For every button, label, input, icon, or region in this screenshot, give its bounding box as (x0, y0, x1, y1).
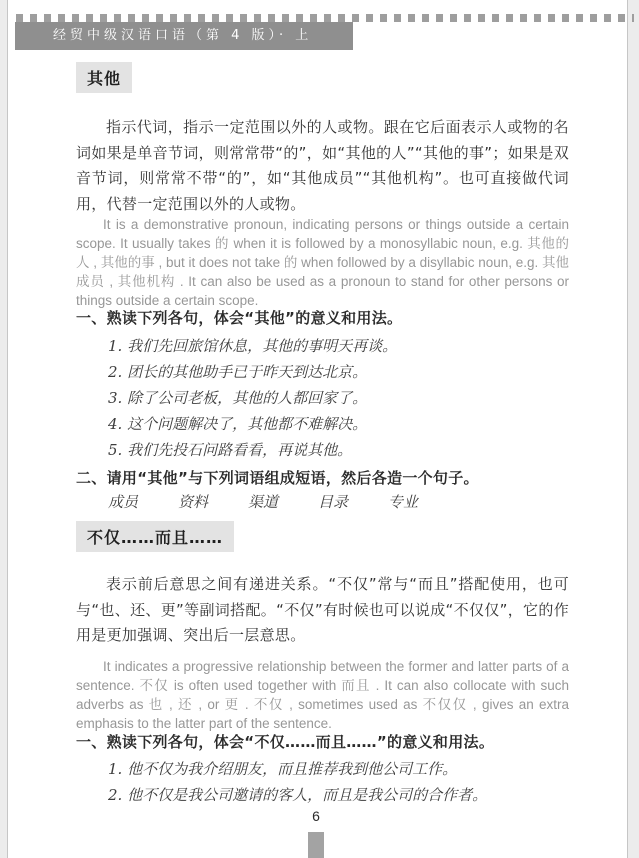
book-title: 经贸中级汉语口语（第 4 版）· 上 (53, 28, 312, 43)
dotted-border-decoration (16, 14, 634, 22)
english-explanation-bujin-erqie: It indicates a progressive relationship … (76, 657, 569, 733)
grammar-point-label: 不仅……而且…… (87, 528, 223, 547)
exercise-2-heading-qita: 二、请用“其他”与下列词语组成短语，然后各造一个句子。 (76, 467, 576, 488)
page-edge-tab (308, 832, 324, 858)
chinese-explanation-bujin-erqie: 表示前后意思之间有递进关系。“不仅”常与“而且”搭配使用，也可与“也、还、更”等… (76, 572, 569, 649)
exercise-1-heading-qita: 一、熟读下列各句，体会“其他”的意义和用法。 (76, 307, 576, 328)
page-number: 6 (296, 808, 336, 824)
example-sentence: 1. 他不仅为我介绍朋友，而且推荐我到他公司工作。 (108, 756, 578, 782)
book-page: 经贸中级汉语口语（第 4 版）· 上 其他 指示代词，指示一定范围以外的人或物。… (7, 0, 628, 858)
scanned-textbook-canvas: 经贸中级汉语口语（第 4 版）· 上 其他 指示代词，指示一定范围以外的人或物。… (0, 0, 639, 858)
chinese-explanation-qita: 指示代词，指示一定范围以外的人或物。跟在它后面表示人或物的名词如果是单音节词，则… (76, 115, 569, 217)
example-sentence: 3. 除了公司老板，其他的人都回家了。 (108, 385, 578, 411)
vocabulary-word: 资料 (178, 491, 248, 512)
example-sentence: 2. 他不仅是我公司邀请的客人，而且是我公司的合作者。 (108, 782, 578, 808)
example-sentence: 2. 团长的其他助手已于昨天到达北京。 (108, 359, 578, 385)
exercise-1-heading-bujin-erqie: 一、熟读下列各句，体会“不仅……而且……”的意义和用法。 (76, 731, 576, 752)
vocabulary-word: 渠道 (248, 491, 318, 512)
grammar-point-label: 其他 (87, 69, 121, 88)
exercise-1-sentence-list-bujin: 1. 他不仅为我介绍朋友，而且推荐我到他公司工作。 2. 他不仅是我公司邀请的客… (108, 756, 578, 808)
exercise-2-word-list: 成员 资料 渠道 目录 专业 (108, 491, 458, 512)
example-sentence: 5. 我们先投石问路看看，再说其他。 (108, 437, 578, 463)
english-explanation-qita: It is a demonstrative pronoun, indicatin… (76, 215, 569, 310)
example-sentence: 1. 我们先回旅馆休息，其他的事明天再谈。 (108, 333, 578, 359)
grammar-point-heading-bujin-erqie: 不仅……而且…… (76, 521, 234, 552)
grammar-point-heading-qita: 其他 (76, 62, 132, 93)
example-sentence: 4. 这个问题解决了，其他都不难解决。 (108, 411, 578, 437)
exercise-1-sentence-list: 1. 我们先回旅馆休息，其他的事明天再谈。 2. 团长的其他助手已于昨天到达北京… (108, 333, 578, 463)
vocabulary-word: 目录 (318, 491, 388, 512)
running-header: 经贸中级汉语口语（第 4 版）· 上 (15, 22, 353, 50)
vocabulary-word: 成员 (108, 491, 178, 512)
vocabulary-word: 专业 (388, 491, 458, 512)
